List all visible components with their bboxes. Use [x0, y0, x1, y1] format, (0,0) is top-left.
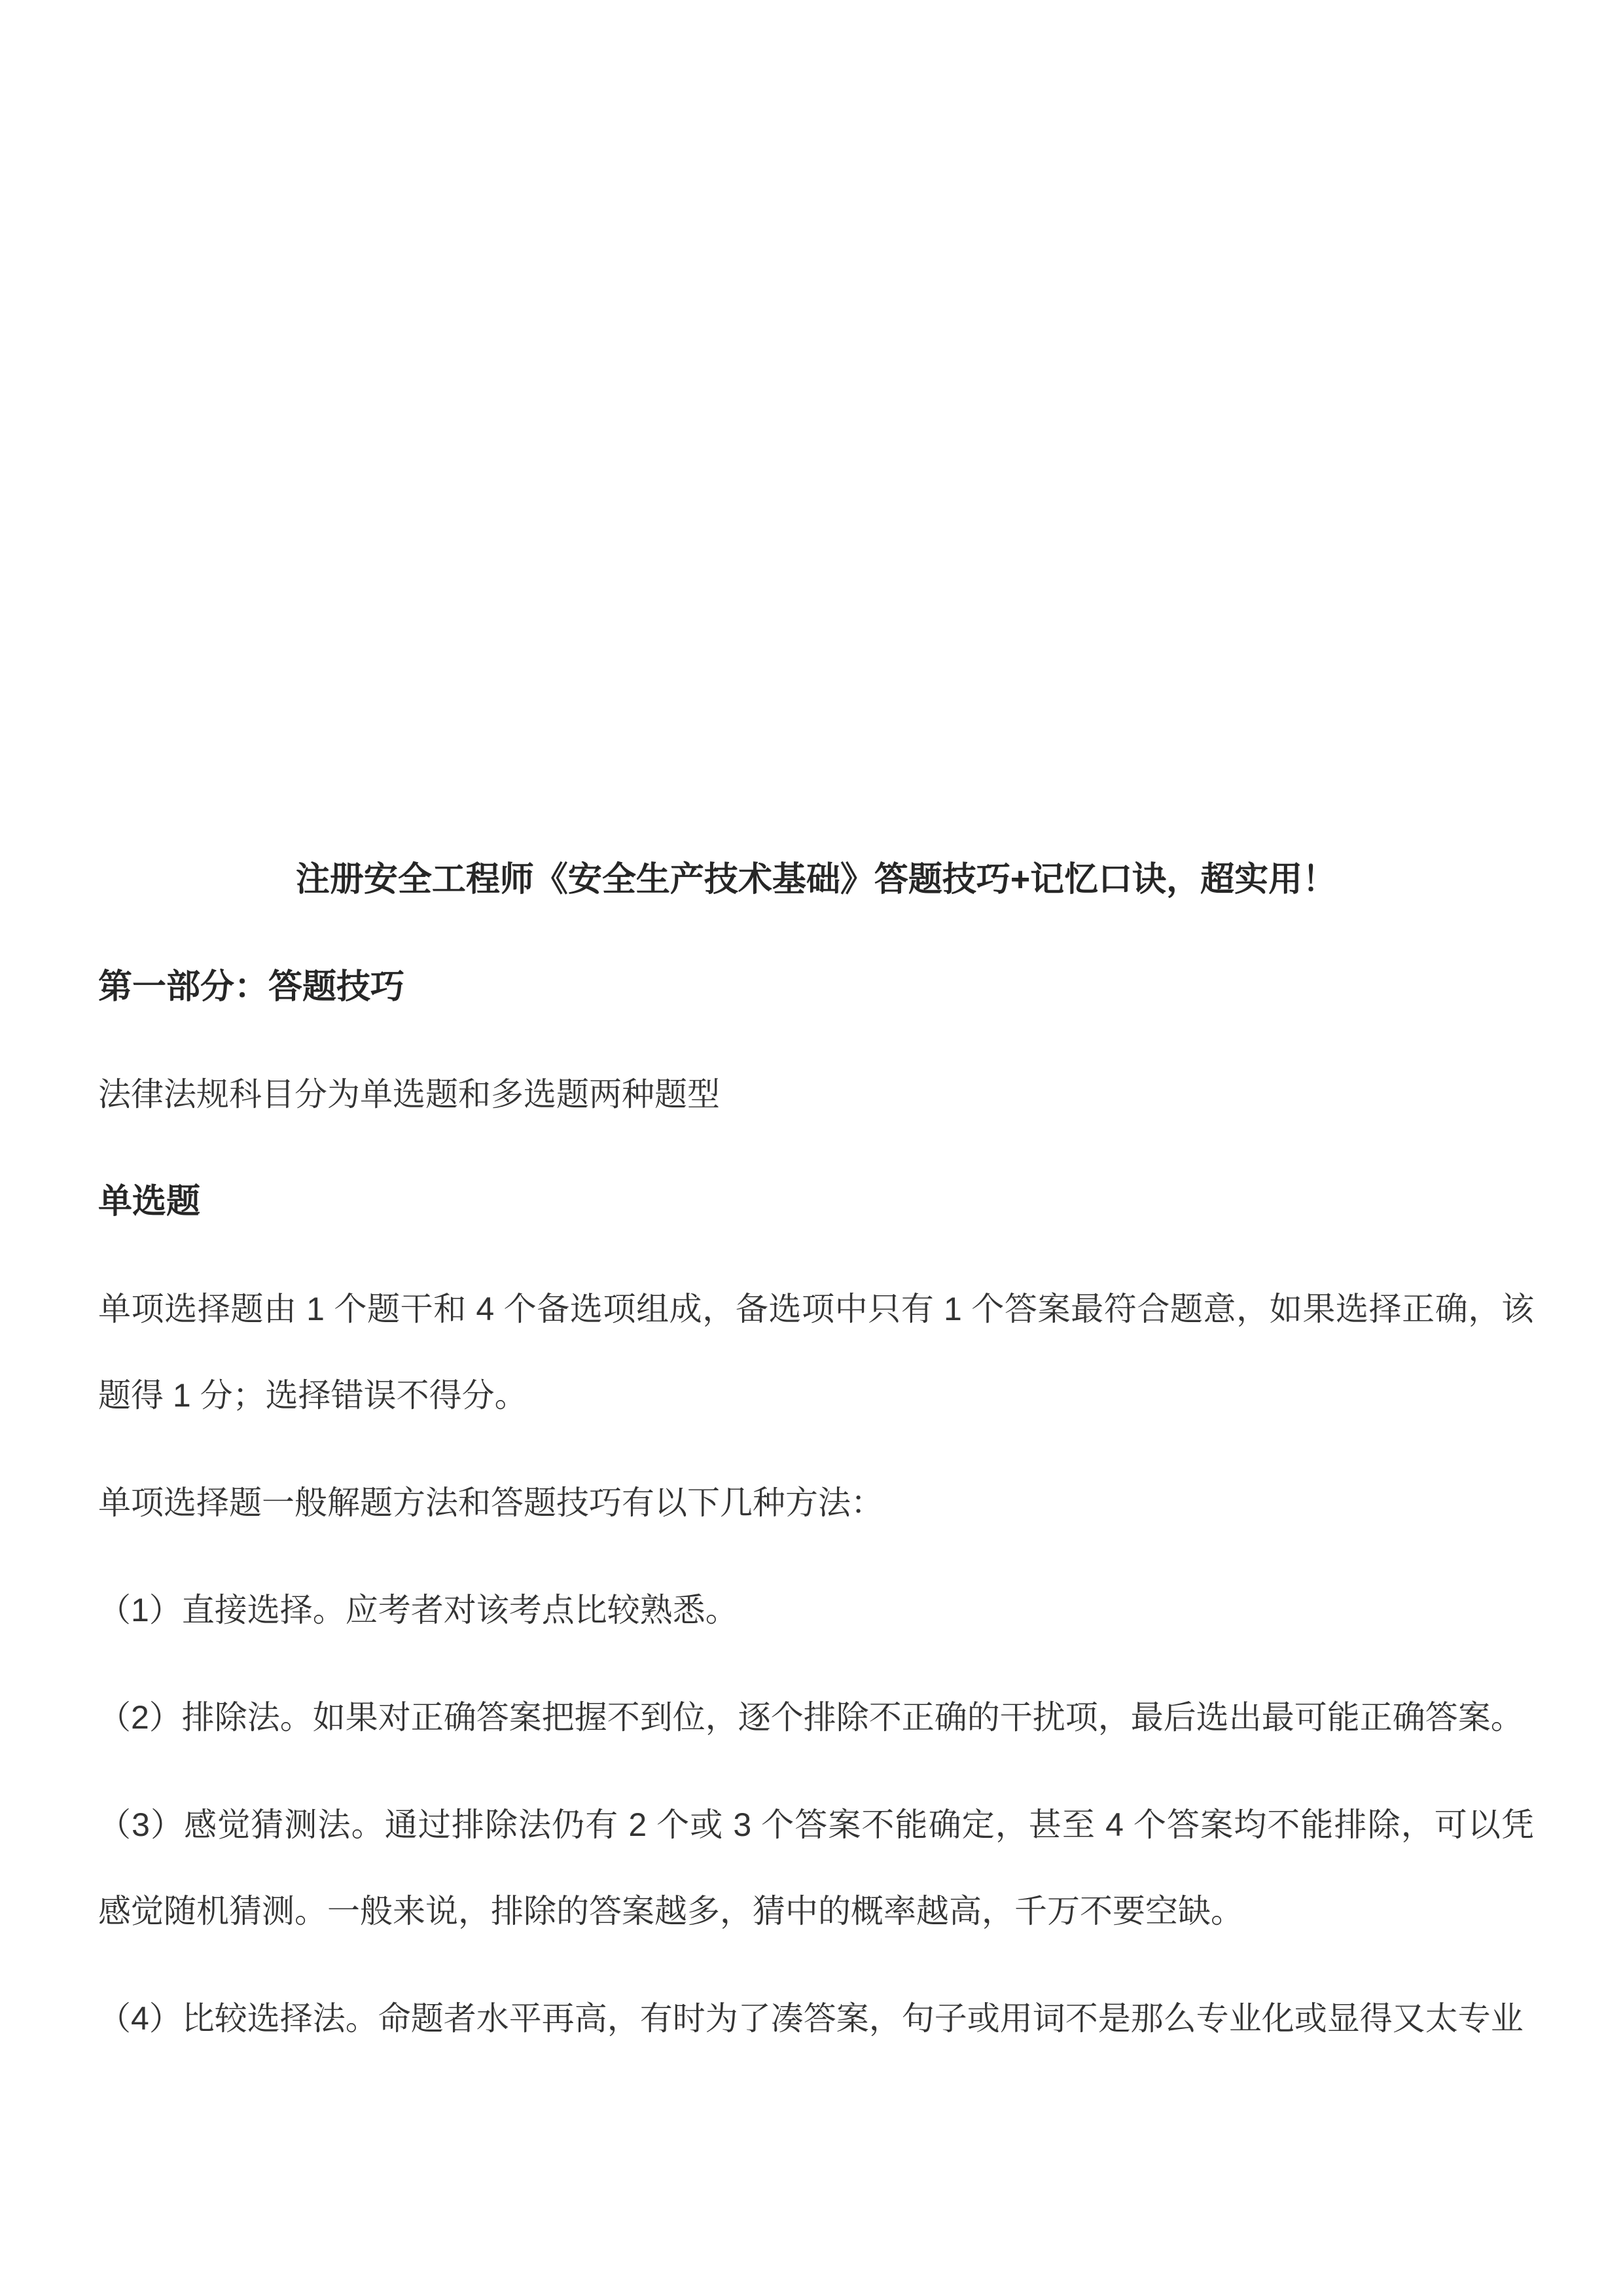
paragraph-subject-question-types: 法律法规科目分为单选题和多选题两种题型 [98, 1051, 1534, 1138]
document-page: 注册安全工程师《安全生产技术基础》答题技巧+记忆口诀，超实用！ 第一部分：答题技… [0, 0, 1623, 2296]
paragraph-method-1-direct-choice: （1）直接选择。应考者对该考点比较熟悉。 [98, 1567, 1534, 1653]
paragraph-method-3-intuitive-guess: （3）感觉猜测法。通过排除法仍有 2 个或 3 个答案不能确定，甚至 4 个答案… [98, 1782, 1534, 1954]
paragraph-method-4-comparative-choice: （4）比较选择法。命题者水平再高，有时为了凑答案，句子或用词不是那么专业化或显得… [98, 1975, 1534, 2062]
document-title: 注册安全工程师《安全生产技术基础》答题技巧+记忆口诀，超实用！ [98, 836, 1534, 923]
paragraph-method-2-elimination: （2）排除法。如果对正确答案把握不到位，逐个排除不正确的干扰项，最后选出最可能正… [98, 1674, 1534, 1761]
paragraph-single-choice-description: 单项选择题由 1 个题干和 4 个备选项组成，备选项中只有 1 个答案最符合题意… [98, 1266, 1534, 1439]
paragraph-methods-intro: 单项选择题一般解题方法和答题技巧有以下几种方法： [98, 1460, 1534, 1546]
section-heading-part1: 第一部分：答题技巧 [98, 944, 1534, 1030]
section-heading-single-choice: 单选题 [98, 1158, 1534, 1245]
